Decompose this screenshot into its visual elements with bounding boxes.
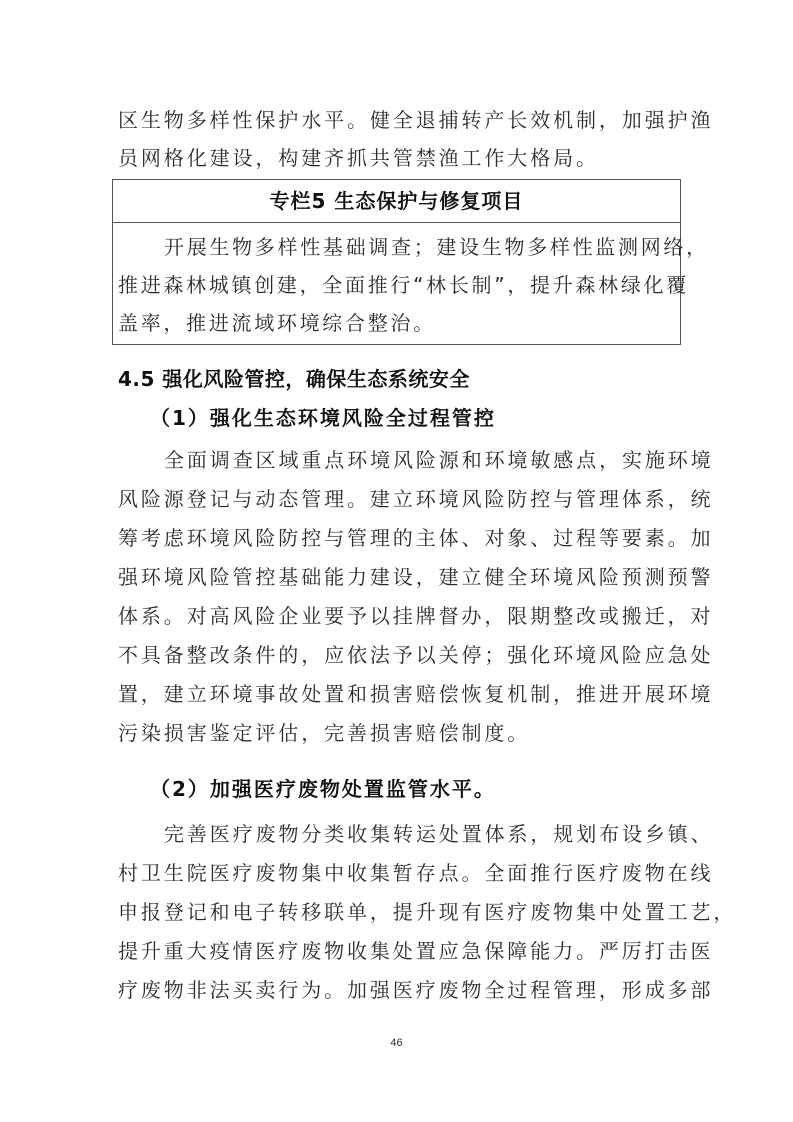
box-line: 开展生物多样性基础调查；建设生物多样性监测网络， <box>164 235 709 259</box>
box-title: 专栏5 生态保护与修复项目 <box>113 188 680 214</box>
subsection-heading: （2）加强医疗废物处置监管水平。 <box>150 776 496 802</box>
paragraph-line: 污染损害鉴定评估，完善损害赔偿制度。 <box>118 721 674 745</box>
paragraph-line: 全面调查区域重点环境风险源和环境敏感点，实施环境 <box>164 448 674 472</box>
paragraph-line: 员网格化建设，构建齐抓共管禁渔工作大格局。 <box>118 146 674 170</box>
paragraph-line: 疗废物非法买卖行为。加强医疗废物全过程管理，形成多部 <box>118 978 674 1002</box>
page-number: 46 <box>0 1037 793 1049</box>
document-page: 区生物多样性保护水平。健全退捕转产长效机制，加强护渔 员网格化建设，构建齐抓共管… <box>0 0 793 1122</box>
paragraph-line: 提升重大疫情医疗废物收集处置应急保障能力。严厉打击医 <box>118 939 674 963</box>
paragraph-line: 置，建立环境事故处置和损害赔偿恢复机制，推进开展环境 <box>118 682 674 706</box>
paragraph-line: 风险源登记与动态管理。建立环境风险防控与管理体系，统 <box>118 487 674 511</box>
paragraph-line: 筹考虑环境风险防控与管理的主体、对象、过程等要素。加 <box>118 526 674 550</box>
box-line: 推进森林城镇创建，全面推行“林长制”，提升森林绿化覆 <box>118 273 689 297</box>
paragraph-line: 申报登记和电子转移联单，提升现有医疗废物集中处置工艺， <box>118 900 674 924</box>
paragraph-line: 体系。对高风险企业要予以挂牌督办，限期整改或搬迁，对 <box>118 604 674 628</box>
paragraph-line: 村卫生院医疗废物集中收集暂存点。全面推行医疗废物在线 <box>118 861 674 885</box>
paragraph-line: 完善医疗废物分类收集转运处置体系，规划布设乡镇、 <box>164 822 674 846</box>
column-box: 专栏5 生态保护与修复项目 开展生物多样性基础调查；建设生物多样性监测网络， 推… <box>112 179 681 345</box>
subsection-heading: （1）强化生态环境风险全过程管控 <box>150 405 496 431</box>
paragraph-line: 不具备整改条件的，应依法予以关停；强化环境风险应急处 <box>118 643 674 667</box>
box-line: 盖率，推进流域环境综合整治。 <box>118 311 436 335</box>
section-heading: 4.5 强化风险管控，确保生态系统安全 <box>118 366 470 392</box>
paragraph-line: 强环境风险管控基础能力建设，建立健全环境风险预测预警 <box>118 565 674 589</box>
box-divider <box>113 222 680 223</box>
paragraph-line: 区生物多样性保护水平。健全退捕转产长效机制，加强护渔 <box>118 108 674 132</box>
